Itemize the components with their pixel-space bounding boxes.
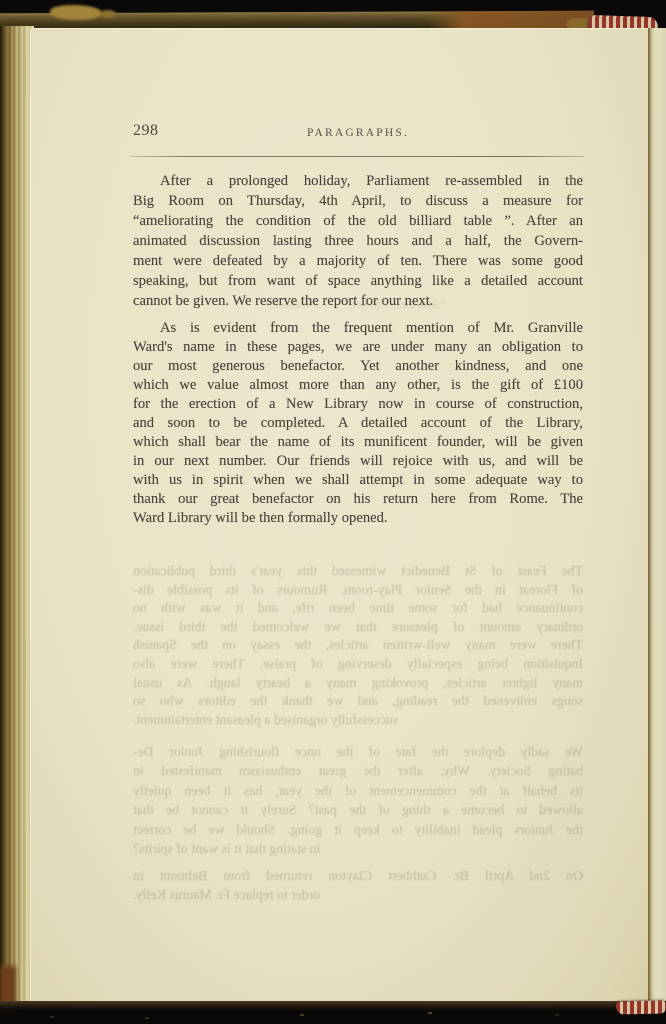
text-line: On 2nd April Br. Cuthbert Clayton return… bbox=[133, 866, 583, 885]
text-line: animated discussion lasting three hours … bbox=[133, 231, 583, 251]
text-line: the Juniors plead inability to keep it g… bbox=[133, 820, 583, 839]
text-line: in our next number. Our friends will rej… bbox=[133, 452, 583, 471]
text-line: We sadly deplore the fate of the once fl… bbox=[133, 742, 583, 761]
text-line: There were many well-written articles, t… bbox=[133, 636, 583, 655]
paragraph-1: After a prolonged holiday, Parliament re… bbox=[133, 171, 583, 311]
text-line: its behalf at the commencement of the ye… bbox=[133, 781, 583, 800]
text-line: After a prolonged holiday, Parliament re… bbox=[133, 171, 583, 191]
bleed-through-block-2: We sadly deplore the fate of the once fl… bbox=[133, 742, 583, 858]
text-line: speaking, but from want of space anythin… bbox=[133, 271, 583, 291]
text-line: Ward's name in these pages, we are under… bbox=[133, 338, 583, 357]
book-scan: 298 PARAGRAPHS. “Alas these Chimes!” ...… bbox=[0, 0, 666, 1024]
text-line: which we value almost more than any othe… bbox=[133, 376, 583, 395]
text-line: Big Room on Thursday, 4th April, to disc… bbox=[133, 191, 583, 211]
book-page: 298 PARAGRAPHS. “Alas these Chimes!” ...… bbox=[30, 28, 650, 1005]
worn-gold-patch bbox=[50, 5, 102, 20]
worn-gold-patch-small bbox=[100, 10, 116, 18]
text-line: for the erection of a New Library now in… bbox=[133, 395, 583, 414]
text-line: ment were defeated by a majority of ten.… bbox=[133, 251, 583, 271]
text-line: successfully organised a pleasant entert… bbox=[133, 711, 583, 730]
text-line: of Floreat in the Senior Play-room. Rumo… bbox=[133, 581, 583, 600]
text-line: The Feast of St Benedict witnessed this … bbox=[133, 562, 583, 581]
running-header: PARAGRAPHS. bbox=[133, 127, 583, 139]
page-edge-stack bbox=[0, 26, 34, 1006]
header-rule bbox=[130, 156, 584, 157]
bleed-through-block-3: On 2nd April Br. Cuthbert Clayton return… bbox=[133, 866, 583, 904]
page-gutter-crease bbox=[648, 28, 666, 1005]
text-line: with us in spirit when we shall attempt … bbox=[133, 471, 583, 490]
text-line: Ward Library will be then formally opene… bbox=[133, 509, 583, 528]
dust-specks bbox=[300, 1014, 304, 1016]
paragraph-2: As is evident from the frequent mention … bbox=[133, 319, 583, 528]
bleed-through-block-1: The Feast of St Benedict witnessed this … bbox=[133, 562, 583, 729]
text-line: thank our great benefactor on his return… bbox=[133, 490, 583, 509]
text-line: cannot be given. We reserve the report f… bbox=[133, 291, 583, 311]
text-line: As is evident from the frequent mention … bbox=[133, 319, 583, 338]
text-line: in stating that it is want of spirits? bbox=[133, 839, 583, 858]
text-line: our most generous benefactor. Yet anothe… bbox=[133, 357, 583, 376]
text-line: bating Society. Why, after the great ent… bbox=[133, 761, 583, 780]
text-line: ordinary amount of pleasure that we welc… bbox=[133, 618, 583, 637]
text-line: Inquisition being especially deserving o… bbox=[133, 655, 583, 674]
text-line: which shall bear the name of its munific… bbox=[133, 433, 583, 452]
text-line: many lighter articles, provoking many a … bbox=[133, 674, 583, 693]
text-line: songs enlivened the reading, and we than… bbox=[133, 692, 583, 711]
text-line: and soon to be completed. A detailed acc… bbox=[133, 414, 583, 433]
bottom-headband bbox=[616, 1000, 666, 1014]
text-line: allowed to become a thing of the past? S… bbox=[133, 800, 583, 819]
text-line: continuance had for some time been rife,… bbox=[133, 599, 583, 618]
bottom-page-edge-shadow bbox=[0, 1001, 666, 1010]
text-line: order to replace Fr. Maurus Kelly. bbox=[133, 885, 583, 904]
text-line: “ameliorating the condition of the old b… bbox=[133, 211, 583, 231]
